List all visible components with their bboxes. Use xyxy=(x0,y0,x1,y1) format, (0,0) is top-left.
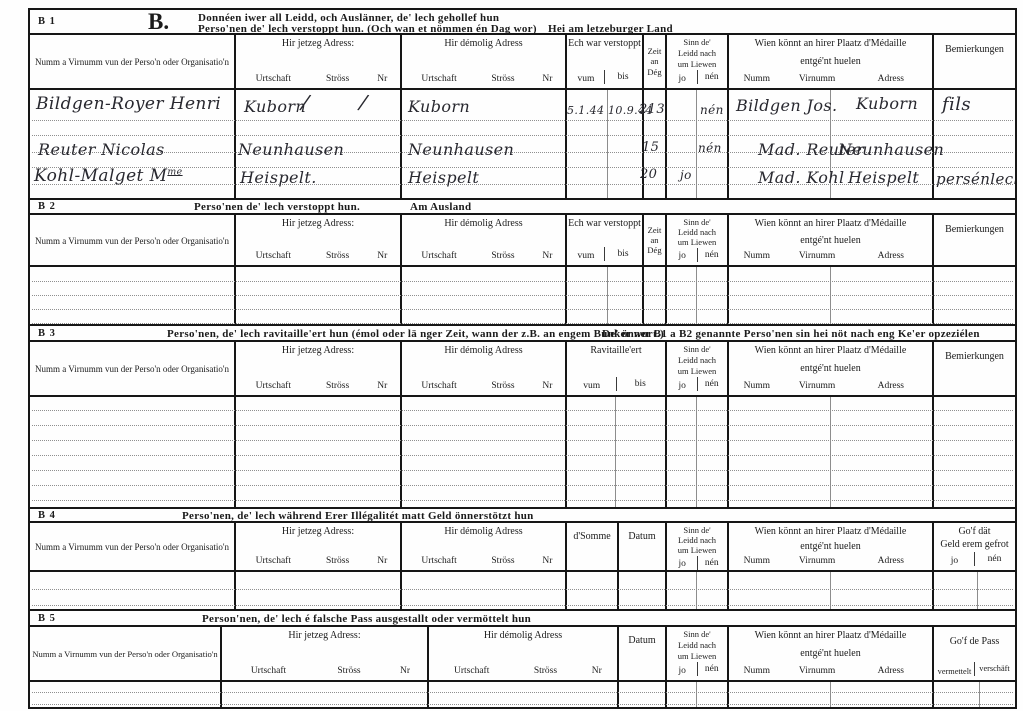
b1-title-line2: Perso'nen de' lech verstoppt hun. (Och w… xyxy=(198,23,537,35)
b3-demolig-label: Hir démolig Adress xyxy=(403,345,564,358)
handwritten-demolig: Heispelt xyxy=(408,168,479,187)
wien-line1: Wien könnt an hirer Plaatz d'Médaille xyxy=(730,630,931,642)
b4-sinn-subs: jo nén xyxy=(668,556,726,572)
b2-title-band: B 2 Perso'nen de' lech verstoppt hun. Am… xyxy=(30,200,1015,215)
wien-line1: Wien könnt an hirer Plaatz d'Médaille xyxy=(730,38,931,50)
handwritten-bem: fils xyxy=(942,94,971,115)
b2-demolig-subs: Urtschaft Ströss Nr xyxy=(403,252,564,264)
sub-vermettelt: vermettelt xyxy=(935,668,974,676)
b1-sinn-subs: jo nén xyxy=(668,70,726,86)
b3-body xyxy=(30,397,1015,509)
zeit-line2: an xyxy=(644,56,665,66)
b3-rav-label: Ravitaille'ert xyxy=(568,345,664,357)
sub-urtschaft: Urtschaft xyxy=(237,557,310,567)
handwritten-deg: 213 xyxy=(639,102,665,117)
sub-nr: Nr xyxy=(365,252,399,262)
b1-jetzeg-label: Hir jetzeg Adress: xyxy=(237,38,399,51)
b2-sinn-subs: jo nén xyxy=(668,248,726,264)
b4-body xyxy=(30,572,1015,611)
b4-wien-subs: Numm Virnumm Adress xyxy=(730,557,931,569)
wien-line1: Wien könnt an hirer Plaatz d'Médaille xyxy=(730,218,931,230)
zeit-line3: Dég xyxy=(644,245,665,255)
sub-nen: nén xyxy=(697,70,727,84)
zeit-line1: Zeit xyxy=(644,225,665,235)
b3-jetzeg-subs: Urtschaft Ströss Nr xyxy=(237,382,399,394)
handwritten-deg: 15 xyxy=(642,140,659,155)
handwritten-wien-adress: Heispelt xyxy=(848,168,919,187)
sub-jo: jo xyxy=(668,252,697,262)
b4-label: B 4 xyxy=(38,510,56,521)
handwritten-deg: 20 xyxy=(640,167,657,182)
b3-title-band: B 3 Perso'nen, de' lech ravitaille'ert h… xyxy=(30,326,1015,342)
b5-datum-label: Datum xyxy=(620,635,664,648)
sub-nen: nén xyxy=(697,377,727,391)
sub-stross: Ströss xyxy=(475,75,531,85)
column-line xyxy=(400,397,402,507)
b2-title-right: Am Ausland xyxy=(410,201,471,213)
sub-nr: Nr xyxy=(384,667,426,677)
b2-jetzeg-label: Hir jetzeg Adress: xyxy=(237,218,399,231)
b4-header-row: Numm a Virnumm vun der Perso'n oder Orga… xyxy=(30,523,1015,572)
scanned-form-page: B 1 B. Donnéen iwer all Leidd, och Auslä… xyxy=(0,0,1023,711)
sinn-line2: Leidd nach xyxy=(668,48,726,58)
b1-body: Bildgen-Royer Henri Kuborn / / Kuborn 5.… xyxy=(30,90,1015,200)
handwritten-liewen: jo xyxy=(680,168,692,182)
sinn-line1: Sinn de' xyxy=(668,629,726,639)
b1-header-row: Numm a Virnumm vun der Perso'n oder Orga… xyxy=(30,35,1015,90)
sub-urtschaft: Urtschaft xyxy=(403,557,475,567)
zeit-line2: an xyxy=(644,235,665,245)
guide-line xyxy=(32,500,1013,501)
b3-sinn-subs: jo nén xyxy=(668,377,726,393)
b1-big-letter: B. xyxy=(148,9,169,35)
sub-numm: Numm xyxy=(730,557,784,567)
sub-nr: Nr xyxy=(578,667,616,677)
column-line xyxy=(932,572,934,609)
sub-urtschaft: Urtschaft xyxy=(403,382,475,392)
sub-stross: Ströss xyxy=(475,252,531,262)
b2-title: Perso'nen de' lech verstoppt hun. xyxy=(194,201,360,213)
guide-line xyxy=(32,323,1013,324)
b4-title: Perso'nen, de' lech während Erer Illégal… xyxy=(182,510,534,522)
sub-jo: jo xyxy=(668,382,697,392)
sub-column-line xyxy=(696,397,697,507)
column-line xyxy=(234,90,236,198)
b3-jetzeg-label: Hir jetzeg Adress: xyxy=(237,345,399,358)
wien-line2: entgé'nt huelen xyxy=(730,363,931,375)
sub-column-line xyxy=(696,572,697,609)
sinn-line3: um Liewen xyxy=(668,237,726,247)
b1-col-bemierkungen: Bemierkungen xyxy=(932,35,1015,88)
b5-sinn-subs: jo nén xyxy=(668,662,726,678)
sub-stross: Ströss xyxy=(310,75,366,85)
b3-col-bemierkungen: Bemierkungen xyxy=(932,342,1015,395)
sub-nr: Nr xyxy=(365,75,399,85)
sub-virnumm: Virnumm xyxy=(784,252,851,262)
sub-vum: vum xyxy=(568,252,604,262)
b5-jetzeg-subs: Urtschaft Ströss Nr xyxy=(223,667,426,679)
sub-verschaft: verschäft xyxy=(974,662,1014,676)
b4-col-somme: d'Somme xyxy=(565,523,617,570)
b4-col-demolig-adress: Hir démolig Adress Urtschaft Ströss Nr xyxy=(400,523,565,570)
b1-jetzeg-subs: Urtschaft Ströss Nr xyxy=(237,75,399,87)
b5-col-name: Numm a Virnumm vun der Perso'n oder Orga… xyxy=(30,627,220,680)
guide-line xyxy=(32,410,1013,411)
sub-virnumm: Virnumm xyxy=(784,557,851,567)
guide-line xyxy=(32,485,1013,486)
b4-col-name-label: Numm a Virnumm vun der Perso'n oder Orga… xyxy=(31,542,233,552)
handwritten-demolig: Neunhausen xyxy=(408,140,514,159)
b1-col-wien: Wien könnt an hirer Plaatz d'Médaille en… xyxy=(727,35,932,88)
b2-col-zeit: Zeit an Dég xyxy=(642,215,665,265)
b1-verstoppt-label: Ech war verstoppt xyxy=(568,38,641,50)
sub-stross: Ströss xyxy=(475,557,531,567)
sub-nr: Nr xyxy=(365,557,399,567)
b3-header-row: Numm a Virnumm vun der Perso'n oder Orga… xyxy=(30,342,1015,397)
b5-body xyxy=(30,682,1015,707)
column-line xyxy=(727,90,729,198)
handwritten-jetzeg: Heispelt. xyxy=(240,168,317,187)
b3-rav-subs: vum bis xyxy=(568,377,664,393)
guide-line xyxy=(32,198,1013,199)
sub-stross: Ströss xyxy=(310,252,366,262)
guide-line xyxy=(32,440,1013,441)
b5-header-row: Numm a Virnumm vun der Perso'n oder Orga… xyxy=(30,627,1015,682)
sub-nr: Nr xyxy=(531,557,564,567)
sub-adress: Adress xyxy=(851,252,931,262)
zeit-line3: Dég xyxy=(644,67,665,77)
handwritten-wien-numm: Bildgen Jos. xyxy=(736,96,837,115)
sub-nr: Nr xyxy=(531,75,564,85)
sub-nen: nén xyxy=(697,556,727,570)
b5-wien-subs: Numm Virnumm Adress xyxy=(730,667,931,679)
sinn-line3: um Liewen xyxy=(668,545,726,555)
b1-verstoppt-subs: vum bis xyxy=(568,70,641,86)
sub-adress: Adress xyxy=(851,557,931,567)
sub-nen: nén xyxy=(697,662,727,676)
sub-column-line xyxy=(830,397,831,507)
b2-body xyxy=(30,267,1015,326)
sub-bis: bis xyxy=(604,247,641,261)
zeit-line1: Zeit xyxy=(644,46,665,56)
wien-line2: entgé'nt huelen xyxy=(730,648,931,660)
b2-col-jetzeg-adress: Hir jetzeg Adress: Urtschaft Ströss Nr xyxy=(234,215,400,265)
guide-line xyxy=(32,605,1013,606)
b2-demolig-label: Hir démolig Adress xyxy=(403,218,564,231)
guide-line xyxy=(32,425,1013,426)
sub-nen: nén xyxy=(697,248,727,262)
handwritten-name: Bildgen-Royer Henri xyxy=(36,94,221,114)
sub-numm: Numm xyxy=(730,252,784,262)
sub-numm: Numm xyxy=(730,382,784,392)
sub-stross: Ströss xyxy=(310,557,366,567)
b3-wien-subs: Numm Virnumm Adress xyxy=(730,382,931,394)
handwritten-nr: / xyxy=(358,90,368,114)
guide-line xyxy=(32,309,1013,310)
sub-jo: jo xyxy=(668,75,697,85)
column-line xyxy=(665,572,667,609)
b4-col-gof: Go'f dät Geld erem gefrot jo nén xyxy=(932,523,1015,570)
b3-col-name: Numm a Virnumm vun der Perso'n oder Orga… xyxy=(30,342,234,395)
bemierkungen-label: Bemierkungen xyxy=(935,224,1014,237)
sub-nen: nén xyxy=(974,552,1014,566)
sub-urtschaft: Urtschaft xyxy=(237,75,310,85)
b1-col-zeit: Zeit an Dég xyxy=(642,35,665,88)
b2-col-name: Numm a Virnumm vun der Perso'n oder Orga… xyxy=(30,215,234,265)
b2-wien-subs: Numm Virnumm Adress xyxy=(730,252,931,264)
b4-demolig-subs: Urtschaft Ströss Nr xyxy=(403,557,564,569)
b3-title2: De' önner B1 a B2 genannte Perso'nen sin… xyxy=(602,328,980,340)
sub-stross: Ströss xyxy=(475,382,531,392)
handwritten-wien-adress: Kuborn xyxy=(856,94,918,113)
b1-col-demolig-adress: Hir démolig Adress Urtschaft Ströss Nr xyxy=(400,35,565,88)
b5-gof-subs: vermettelt verschäft xyxy=(935,662,1014,678)
bemierkungen-label: Bemierkungen xyxy=(935,44,1014,57)
sinn-line2: Leidd nach xyxy=(668,640,726,650)
wien-line2: entgé'nt huelen xyxy=(730,56,931,68)
handwritten-name-sup: me xyxy=(167,166,182,177)
handwritten-bem: persénlech xyxy=(936,170,1015,188)
b1-col-name-label: Numm a Virnumm vun der Perso'n oder Orga… xyxy=(31,57,233,67)
b4-col-wien: Wien könnt an hirer Plaatz d'Médaille en… xyxy=(727,523,932,570)
sub-bis: bis xyxy=(616,377,665,391)
column-line xyxy=(617,572,619,609)
sub-urtschaft: Urtschaft xyxy=(237,382,310,392)
sub-urtschaft: Urtschaft xyxy=(237,252,310,262)
b2-col-bemierkungen: Bemierkungen xyxy=(932,215,1015,265)
sinn-line2: Leidd nach xyxy=(668,227,726,237)
column-line xyxy=(234,572,236,609)
column-line xyxy=(665,397,667,507)
b1-col-name: Numm a Virnumm vun der Perso'n oder Orga… xyxy=(30,35,234,88)
sinn-line3: um Liewen xyxy=(668,651,726,661)
column-line xyxy=(665,90,667,198)
handwritten-vum: 5.1.44 xyxy=(567,104,604,117)
guide-line xyxy=(32,455,1013,456)
handwritten-name-main: Kohl-Malget M xyxy=(34,166,167,186)
sub-nr: Nr xyxy=(531,252,564,262)
sinn-line1: Sinn de' xyxy=(668,344,726,354)
sub-urtschaft: Urtschaft xyxy=(403,75,475,85)
b4-col-sinn: Sinn de' Leidd nach um Liewen jo nén xyxy=(665,523,727,570)
handwritten-name: Reuter Nicolas xyxy=(38,140,165,159)
b4-gof-line1: Go'f dät xyxy=(935,526,1014,538)
sub-vum: vum xyxy=(568,382,616,392)
b2-col-wien: Wien könnt an hirer Plaatz d'Médaille en… xyxy=(727,215,932,265)
handwritten-liewen: nén xyxy=(698,141,722,155)
sinn-line2: Leidd nach xyxy=(668,355,726,365)
sub-numm: Numm xyxy=(730,75,784,85)
b2-col-sinn: Sinn de' Leidd nach um Liewen jo nén xyxy=(665,215,727,265)
handwritten-wien-adress: Neunhausen xyxy=(838,140,944,159)
b1-label: B 1 xyxy=(38,16,56,27)
guide-line xyxy=(32,692,1013,693)
b4-gof-line2: Geld erem gefrot xyxy=(935,539,1014,551)
sinn-line1: Sinn de' xyxy=(668,525,726,535)
column-line xyxy=(932,397,934,507)
b5-col-wien: Wien könnt an hirer Plaatz d'Médaille en… xyxy=(727,627,932,680)
b4-demolig-label: Hir démolig Adress xyxy=(403,526,564,539)
guide-line xyxy=(32,470,1013,471)
b4-col-name: Numm a Virnumm vun der Perso'n oder Orga… xyxy=(30,523,234,570)
guide-line xyxy=(32,704,1013,705)
handwritten-liewen: nén xyxy=(700,103,724,117)
sub-virnumm: Virnumm xyxy=(784,75,851,85)
sinn-line1: Sinn de' xyxy=(668,217,726,227)
column-line xyxy=(565,397,567,507)
b1-demolig-subs: Urtschaft Ströss Nr xyxy=(403,75,564,87)
b3-col-jetzeg-adress: Hir jetzeg Adress: Urtschaft Ströss Nr xyxy=(234,342,400,395)
column-line xyxy=(400,90,402,198)
sub-jo: jo xyxy=(668,667,697,677)
b1-title-right: Hei am letzeburger Land xyxy=(548,23,673,35)
sub-virnumm: Virnumm xyxy=(784,667,851,677)
b5-label: B 5 xyxy=(38,613,56,624)
column-line xyxy=(400,572,402,609)
sub-bis: bis xyxy=(604,70,641,84)
b5-col-sinn: Sinn de' Leidd nach um Liewen jo nén xyxy=(665,627,727,680)
b5-col-datum: Datum xyxy=(617,627,665,680)
sub-nr: Nr xyxy=(365,382,399,392)
handwritten-demolig: Kuborn xyxy=(408,97,470,116)
guide-line xyxy=(32,281,1013,282)
b1-col-verstoppt: Ech war verstoppt vum bis xyxy=(565,35,642,88)
handwritten-wien-numm: Mad. Kohl xyxy=(758,168,845,187)
handwritten-name: Kohl-Malget Mme xyxy=(34,166,183,186)
handwritten-stross: / xyxy=(300,90,310,114)
column-line xyxy=(727,572,729,609)
b3-demolig-subs: Urtschaft Ströss Nr xyxy=(403,382,564,394)
b3-col-wien: Wien könnt an hirer Plaatz d'Médaille en… xyxy=(727,342,932,395)
handwritten-jetzeg: Kuborn xyxy=(244,97,306,116)
b3-col-demolig-adress: Hir démolig Adress Urtschaft Ströss Nr xyxy=(400,342,565,395)
b5-col-gof-pass: Go'f de Pass vermettelt verschäft xyxy=(932,627,1015,680)
b4-jetzeg-label: Hir jetzeg Adress: xyxy=(237,526,399,539)
wien-line2: entgé'nt huelen xyxy=(730,541,931,553)
sub-vum: vum xyxy=(568,75,604,85)
sub-urtschaft: Urtschaft xyxy=(223,667,314,677)
b4-jetzeg-subs: Urtschaft Ströss Nr xyxy=(237,557,399,569)
b2-col-demolig-adress: Hir démolig Adress Urtschaft Ströss Nr xyxy=(400,215,565,265)
column-line xyxy=(565,572,567,609)
b2-jetzeg-subs: Urtschaft Ströss Nr xyxy=(237,252,399,264)
b5-jetzeg-label: Hir jetzeg Adress: xyxy=(223,630,426,643)
b3-label: B 3 xyxy=(38,328,56,339)
b2-label: B 2 xyxy=(38,201,56,212)
guide-line xyxy=(32,589,1013,590)
wien-line1: Wien könnt an hirer Plaatz d'Médaille xyxy=(730,345,931,357)
b5-title: Person'nen, de' lech é falsche Pass ausg… xyxy=(202,613,531,625)
sinn-line2: Leidd nach xyxy=(668,535,726,545)
sub-urtschaft: Urtschaft xyxy=(430,667,513,677)
guide-line xyxy=(32,135,1013,136)
sinn-line3: um Liewen xyxy=(668,366,726,376)
sinn-line1: Sinn de' xyxy=(668,37,726,47)
b5-demolig-label: Hir démolig Adress xyxy=(430,630,616,643)
b1-col-sinn: Sinn de' Leidd nach um Liewen jo nén xyxy=(665,35,727,88)
guide-line xyxy=(32,120,1013,121)
guide-line xyxy=(32,295,1013,296)
b4-title-band: B 4 Perso'nen, de' lech während Erer Ill… xyxy=(30,509,1015,523)
b1-col-jetzeg-adress: Hir jetzeg Adress: Urtschaft Ströss Nr xyxy=(234,35,400,88)
column-line xyxy=(727,397,729,507)
b4-col-jetzeg-adress: Hir jetzeg Adress: Urtschaft Ströss Nr xyxy=(234,523,400,570)
sub-stross: Ströss xyxy=(314,667,384,677)
b4-somme-label: d'Somme xyxy=(568,531,616,544)
wien-line1: Wien könnt an hirer Plaatz d'Médaille xyxy=(730,526,931,538)
b2-verstoppt-label: Ech war verstoppt xyxy=(568,218,641,230)
sub-stross: Ströss xyxy=(513,667,577,677)
sub-column-line xyxy=(696,90,697,198)
b2-header-row: Numm a Virnumm vun der Perso'n oder Orga… xyxy=(30,215,1015,267)
b2-col-name-label: Numm a Virnumm vun der Perso'n oder Orga… xyxy=(31,236,233,246)
b4-col-datum: Datum xyxy=(617,523,665,570)
b3-col-ravitailleert: Ravitaille'ert vum bis xyxy=(565,342,665,395)
sub-stross: Ströss xyxy=(310,382,366,392)
b5-gof-label: Go'f de Pass xyxy=(935,630,1014,648)
b5-demolig-subs: Urtschaft Ströss Nr xyxy=(430,667,616,679)
b4-gof-subs: jo nén xyxy=(935,552,1014,568)
sub-column-line xyxy=(977,572,978,609)
b3-col-sinn: Sinn de' Leidd nach um Liewen jo nén xyxy=(665,342,727,395)
b4-datum-label: Datum xyxy=(620,531,664,544)
column-line xyxy=(234,397,236,507)
bemierkungen-label: Bemierkungen xyxy=(935,351,1014,364)
b1-title-band: B 1 B. Donnéen iwer all Leidd, och Auslä… xyxy=(30,10,1015,35)
form-b-sheet: B 1 B. Donnéen iwer all Leidd, och Auslä… xyxy=(28,8,1017,709)
b3-col-name-label: Numm a Virnumm vun der Perso'n oder Orga… xyxy=(31,364,233,374)
sub-adress: Adress xyxy=(851,382,931,392)
b2-verstoppt-subs: vum bis xyxy=(568,247,641,263)
sub-adress: Adress xyxy=(851,75,931,85)
sub-column-line xyxy=(615,397,616,507)
sub-virnumm: Virnumm xyxy=(784,382,851,392)
b5-col-jetzeg-adress: Hir jetzeg Adress: Urtschaft Ströss Nr xyxy=(220,627,427,680)
b2-col-verstoppt: Ech war verstoppt vum bis xyxy=(565,215,642,265)
sub-urtschaft: Urtschaft xyxy=(403,252,475,262)
handwritten-jetzeg: Neunhausen xyxy=(238,140,344,159)
sub-numm: Numm xyxy=(730,667,784,677)
sinn-line3: um Liewen xyxy=(668,59,726,69)
b5-col-demolig-adress: Hir démolig Adress Urtschaft Ströss Nr xyxy=(427,627,617,680)
b1-wien-subs: Numm Virnumm Adress xyxy=(730,75,931,87)
b3-title: Perso'nen, de' lech ravitaille'ert hun (… xyxy=(167,328,664,340)
wien-line2: entgé'nt huelen xyxy=(730,235,931,247)
sub-jo: jo xyxy=(668,560,697,570)
b1-demolig-label: Hir démolig Adress xyxy=(403,38,564,51)
sub-column-line xyxy=(830,572,831,609)
sub-adress: Adress xyxy=(851,667,931,677)
sub-jo: jo xyxy=(935,557,974,567)
b5-title-band: B 5 Person'nen, de' lech é falsche Pass … xyxy=(30,611,1015,627)
b5-col-name-label: Numm a Virnumm vun der Perso'n oder Orga… xyxy=(31,649,219,659)
sub-nr: Nr xyxy=(531,382,564,392)
